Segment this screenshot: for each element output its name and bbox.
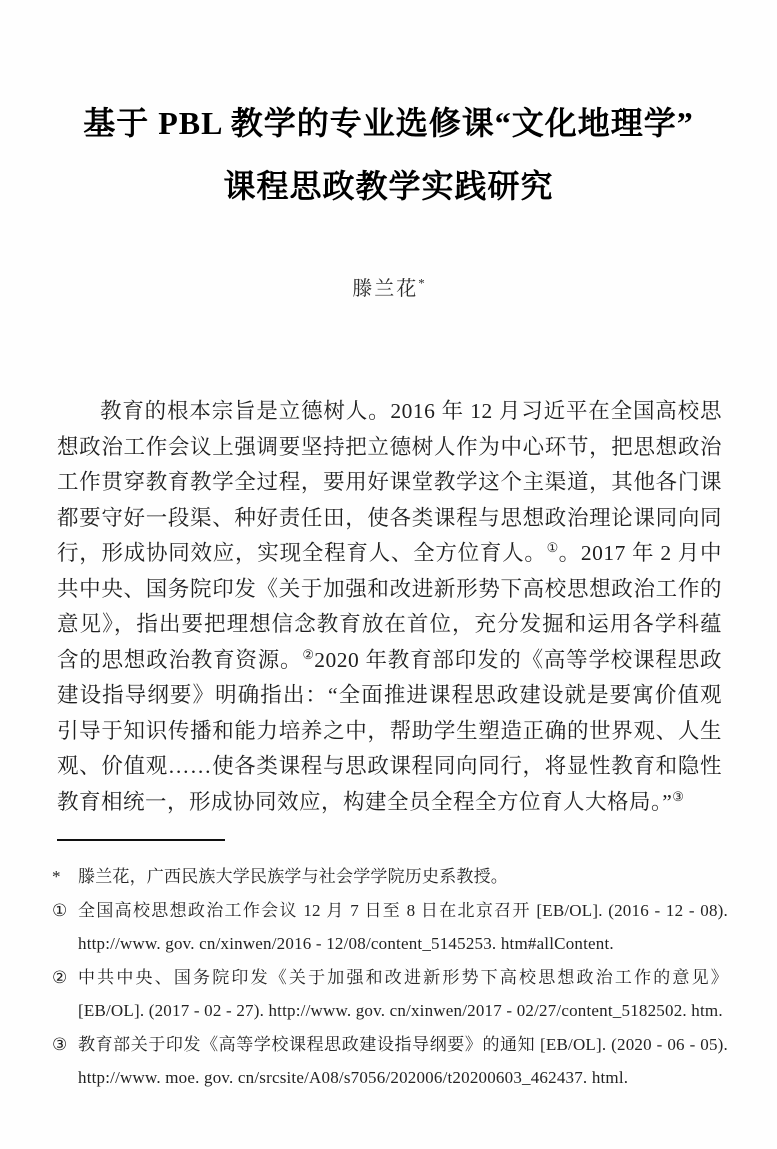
footnote-author-affiliation: * 滕兰花，广西民族大学民族学与社会学学院历史系教授。 — [52, 860, 728, 894]
footnote-1: ① 全国高校思想政治工作会议 12 月 7 日至 8 日在北京召开 [EB/OL… — [52, 894, 728, 961]
body-paragraph: 教育的根本宗旨是立德树人。2016 年 12 月习近平在全国高校思想政治工作会议… — [57, 394, 722, 820]
footnote-ref-2: ② — [302, 646, 314, 661]
footnote-ref-3: ③ — [672, 788, 684, 803]
paper-title-line-2: 课程思政教学实践研究 — [40, 155, 737, 218]
footnote-marker-3: ③ — [52, 1028, 78, 1062]
footnote-marker-2: ② — [52, 961, 78, 995]
footnote-2: ② 中共中央、国务院印发《关于加强和改进新形势下高校思想政治工作的意见》 [EB… — [52, 961, 728, 1028]
paper-title: 基于 PBL 教学的专业选修课“文化地理学” 课程思政教学实践研究 — [40, 92, 737, 218]
footnote-text: 滕兰花，广西民族大学民族学与社会学学院历史系教授。 — [78, 860, 728, 894]
footnote-3: ③ 教育部关于印发《高等学校课程思政建设指导纲要》的通知 [EB/OL]. (2… — [52, 1028, 728, 1095]
author-line: 滕兰花* — [40, 272, 737, 301]
document-page: 基于 PBL 教学的专业选修课“文化地理学” 课程思政教学实践研究 滕兰花* 教… — [0, 0, 777, 1149]
author-note-ref: * — [418, 275, 425, 290]
paper-title-line-1: 基于 PBL 教学的专业选修课“文化地理学” — [40, 92, 737, 155]
footnote-marker-asterisk: * — [52, 860, 78, 894]
footnote-marker-1: ① — [52, 894, 78, 928]
author-name: 滕兰花 — [352, 278, 418, 300]
footnotes-section: * 滕兰花，广西民族大学民族学与社会学学院历史系教授。 ① 全国高校思想政治工作… — [52, 860, 728, 1095]
footnote-ref-1: ① — [547, 540, 559, 555]
body-text-segment-3: 2020 年教育部印发的《高等学校课程思政建设指导纲要》明确指出：“全面推进课程… — [57, 648, 722, 814]
footnote-text: 教育部关于印发《高等学校课程思政建设指导纲要》的通知 [EB/OL]. (202… — [78, 1028, 728, 1095]
footnote-separator — [57, 839, 225, 841]
footnote-text: 全国高校思想政治工作会议 12 月 7 日至 8 日在北京召开 [EB/OL].… — [78, 894, 728, 961]
footnote-text: 中共中央、国务院印发《关于加强和改进新形势下高校思想政治工作的意见》 [EB/O… — [78, 961, 728, 1028]
